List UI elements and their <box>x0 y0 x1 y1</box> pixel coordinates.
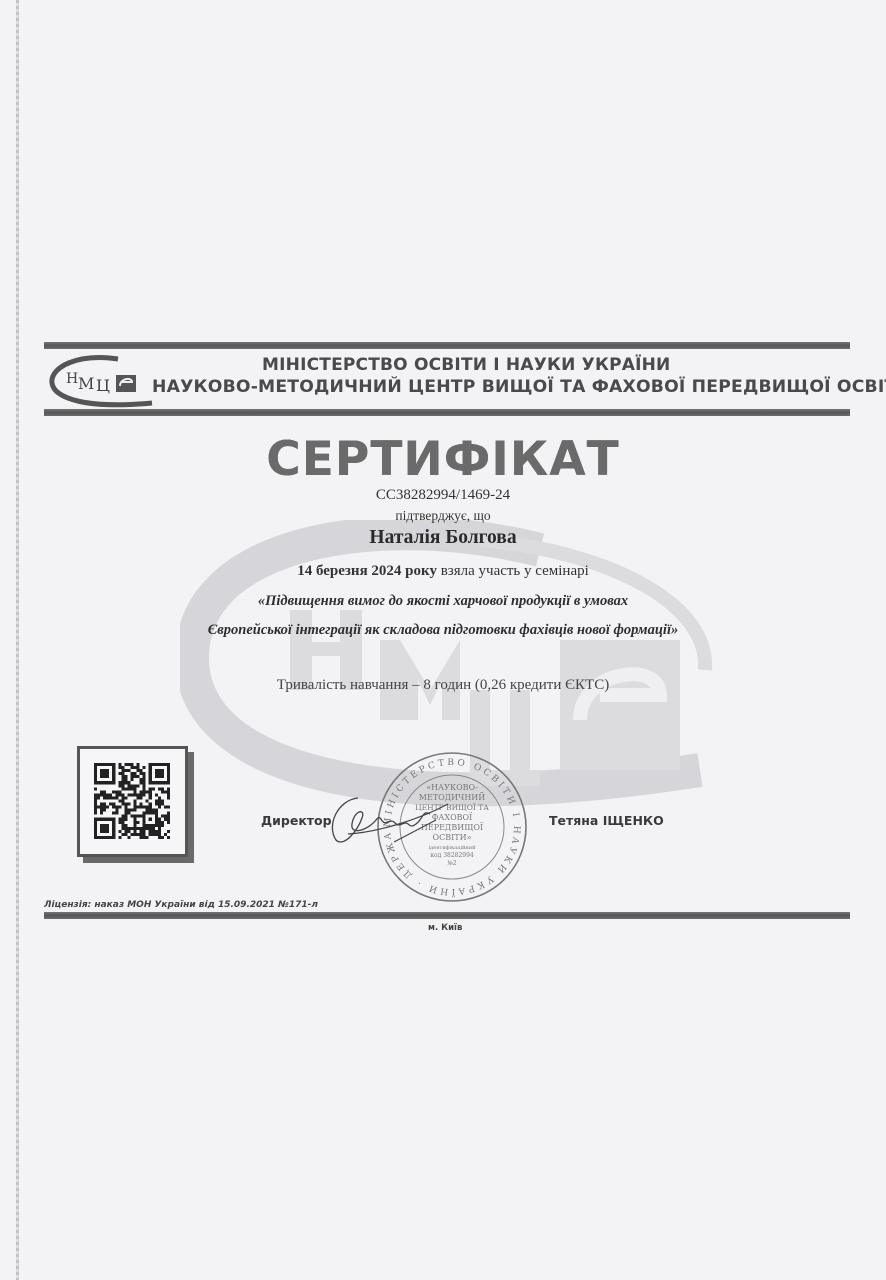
certificate-number: CC38282994/1469-24 <box>0 487 886 504</box>
center-name: НАУКОВО-МЕТОДИЧНИЙ ЦЕНТР ВИЩОЇ ТА ФАХОВО… <box>152 377 886 397</box>
footer-rule <box>44 912 850 919</box>
certificate-title: СЕРТИФІКАТ <box>0 432 886 487</box>
ministry-name: МІНІСТЕРСТВО ОСВІТИ І НАУКИ УКРАЇНИ <box>262 355 670 375</box>
event-date: 14 березня 2024 року <box>297 563 437 579</box>
svg-text:Н: Н <box>66 371 78 387</box>
city-text: м. Київ <box>428 923 462 933</box>
svg-text:М: М <box>78 374 94 393</box>
seminar-topic-line-2: Європейської інтеграції як складова підг… <box>0 622 886 639</box>
qr-code-frame <box>77 746 188 857</box>
svg-text:Ц: Ц <box>96 376 110 395</box>
participation-text: взяла участь у семінарі <box>437 563 589 579</box>
header-bottom-rule <box>44 409 850 416</box>
license-text: Ліцензія: наказ МОН України від 15.09.20… <box>44 900 318 910</box>
recipient-name: Наталія Болгова <box>0 527 886 549</box>
duration-text: Тривалість навчання – 8 годин (0,26 кред… <box>0 677 886 694</box>
qr-code-icon[interactable] <box>94 763 170 839</box>
director-signature-icon <box>318 790 468 850</box>
scanned-page-edge <box>16 0 19 1280</box>
svg-text:№2: №2 <box>447 860 457 867</box>
nmc-logo-icon: Н М Ц <box>48 353 156 409</box>
header-top-rule <box>44 342 850 349</box>
participation-line: 14 березня 2024 року взяла участь у семі… <box>0 563 886 580</box>
confirms-text: підтверджує, що <box>0 508 886 524</box>
svg-text:код 38282994: код 38282994 <box>430 852 474 859</box>
seminar-topic-line-1: «Підвищення вимог до якості харчової про… <box>0 593 886 610</box>
director-name: Тетяна ІЩЕНКО <box>549 813 664 828</box>
